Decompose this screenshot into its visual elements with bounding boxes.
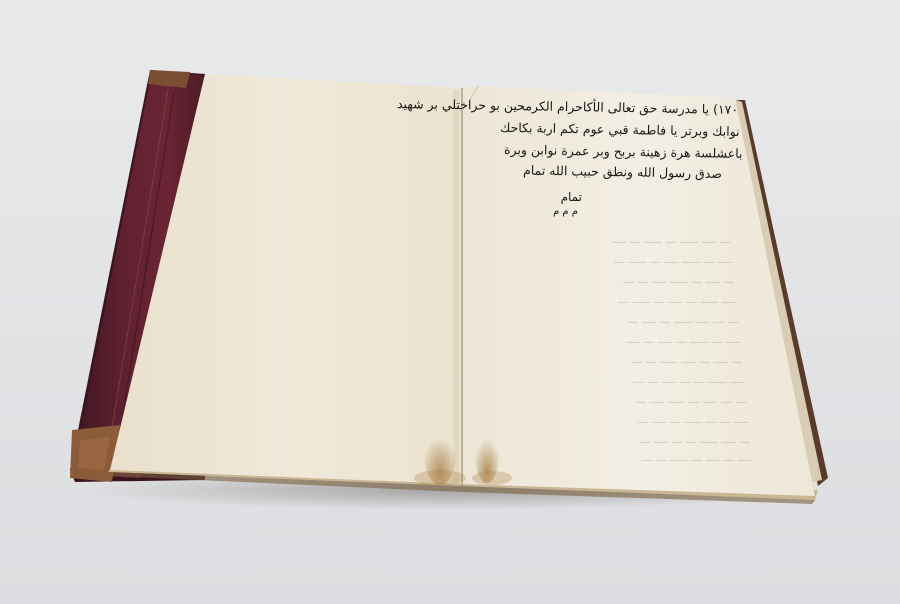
photo-scene: ١٧٠) يا مدرسة حق تعالى الأكاحرام الكرمحي… <box>0 0 900 604</box>
right-page <box>462 86 815 496</box>
open-book <box>0 0 900 604</box>
